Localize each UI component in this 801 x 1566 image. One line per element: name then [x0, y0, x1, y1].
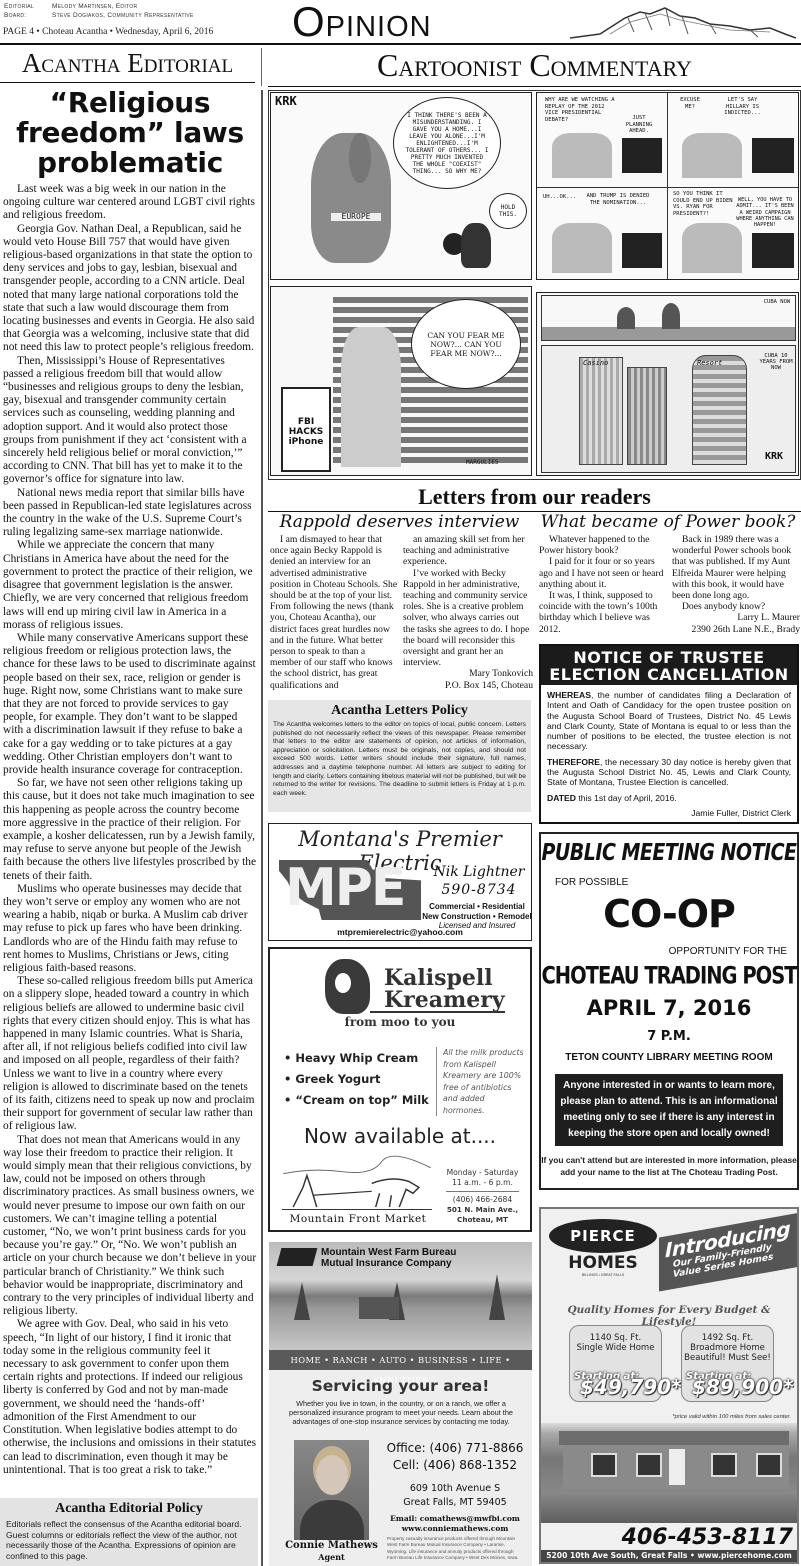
services-line: Commercial • Residential [421, 902, 533, 912]
panel-caption: JUST PLANNING AHEAD. [619, 115, 659, 135]
home-price: $89,900* [692, 1382, 794, 1392]
agent-figure [341, 327, 401, 467]
home-offer-card: 1492 Sq. Ft. Broadmore Home Beautiful! M… [681, 1325, 774, 1402]
home-size: 1140 Sq. Ft. [570, 1333, 661, 1343]
editorial-board-label: Editorial Board: [4, 2, 52, 20]
letter-paragraph: I am dismayed to hear that once again Be… [270, 534, 398, 691]
resort-building [692, 355, 747, 465]
couple-figures [552, 223, 612, 273]
speech-bubble: CAN YOU FEAR ME NOW?... CAN YOU FEAR ME … [411, 299, 521, 389]
company-name: Mountain West Farm BureauMutual Insuranc… [321, 1247, 456, 1269]
agent-website-link[interactable]: www.conniemathews.com [384, 1524, 526, 1534]
brand-underline [370, 1011, 505, 1013]
agent-contact: Email: comathews@mwfbi.com www.conniemat… [384, 1514, 526, 1534]
agent-title: Agent [284, 1552, 379, 1562]
panel-caption: AND TRUMP IS DENIED THE NOMINATION... [583, 193, 653, 206]
pierce-logo-homes: HOMES [563, 1253, 643, 1273]
notice-store: CHOTEAU TRADING POST [541, 961, 797, 990]
company-line: Mutual Insurance Company [321, 1258, 456, 1269]
home-price: $49,790* [580, 1382, 682, 1392]
paragraph-text: this 1st day of April, 2016. [576, 793, 677, 803]
tree-icon [489, 1274, 505, 1320]
cartoon-europe: KRK I THINK THERE'S BEEN A MISUNDERSTAND… [270, 92, 532, 280]
product-list: Heavy Whip Cream Greek Yogurt “Cream on … [284, 1048, 429, 1111]
editorial-paragraph: Georgia Gov. Nathan Deal, a Republican, … [3, 223, 257, 355]
cartoon-signature: MARGULIES [466, 459, 499, 467]
letter-paragraph: Whatever happened to the Power history b… [539, 534, 667, 556]
speech-bubble: I THINK THERE'S BEEN A MISUNDERSTANDING.… [393, 97, 501, 189]
casino-building [579, 357, 623, 465]
letter-paragraph: an amazing skill set from her teaching a… [403, 534, 533, 568]
ad-phone: 590-8734 [429, 882, 529, 898]
letter-title: What became of Power book? [537, 512, 799, 532]
editorial-head-rule [0, 82, 255, 83]
notice-time: 7 P.M. [541, 1029, 797, 1044]
lead-word: THEREFORE [547, 757, 600, 767]
home-photo [541, 1423, 797, 1523]
agent-email-link[interactable]: Email: comathews@mwfbi.com [384, 1514, 526, 1524]
letter-paragraph: I paid for it four or so years ago and I… [539, 556, 667, 590]
brand-line: Kreamery [378, 989, 505, 1011]
palm-tree-icon [662, 303, 680, 329]
cartoon-cuba: CUBA NOW Casino Resort CUBA 10 YEARS FRO… [536, 292, 799, 476]
cartoon-debate: WHY ARE WE WATCHING A REPLAY OF THE 2012… [536, 92, 799, 280]
ad-contact-name: Nik Lightner [429, 864, 529, 880]
lead-word: WHEREAS [547, 690, 591, 700]
editorial-policy-text: Editorials reflect the consensus of the … [6, 1519, 252, 1561]
casino-sign: Casino [583, 359, 608, 367]
ad-email-link[interactable]: mtpremierelectric@yahoo.com [269, 927, 531, 937]
masthead-rule [0, 43, 801, 45]
editorial-paragraph: National news media report that similar … [3, 487, 257, 540]
ad-kalispell-kreamery[interactable]: KalispellKreamery from moo to you Heavy … [268, 947, 532, 1232]
notice-coop: CO-OP [541, 892, 797, 936]
trustee-notice: NOTICE OF TRUSTEE ELECTION CANCELLATION … [539, 644, 799, 824]
tree-icon [294, 1282, 310, 1320]
product-item: Greek Yogurt [284, 1069, 429, 1090]
price-disclaimer: *price valid within 100 miles from sales… [672, 1414, 791, 1420]
editorial-policy-box: Acantha Editorial Policy Editorials refl… [0, 1498, 258, 1566]
board-member: Steve Dogiakos, Community Representative [52, 12, 194, 19]
letter-title: Rappold deserves interview [268, 512, 531, 532]
palm-tree-icon [617, 307, 635, 329]
services-line: New Construction • Remodel [421, 912, 533, 922]
speech-bubble: HOLD THIS. [489, 193, 527, 229]
panel-caption: EXCUSE ME? [675, 97, 705, 110]
cell-phone: Cell: (406) 868-1352 [384, 1457, 526, 1474]
couple-figures [682, 133, 742, 178]
terrorist-figure [461, 223, 491, 268]
iphone-sign: FBI HACKS iPhone [281, 387, 331, 472]
home-offer-card: 1140 Sq. Ft. Single Wide Home Starting a… [569, 1325, 662, 1402]
panel-caption: WHY ARE WE WATCHING A REPLAY OF THE 2012… [545, 97, 620, 123]
farm-bureau-logo-icon [277, 1248, 318, 1266]
tv-icon [752, 138, 794, 173]
europe-label: EUROPE [331, 213, 381, 221]
editorial-paragraph: While we appreciate the concern that man… [3, 539, 257, 631]
editorial-headline: “Religious freedom” laws problematic [2, 88, 258, 178]
europe-head [349, 133, 371, 183]
company-line: Mountain West Farm Bureau [321, 1247, 456, 1258]
notice-for-possible: FOR POSSIBLE [555, 877, 628, 888]
cartoon-head-rule [268, 86, 801, 87]
building [627, 367, 667, 465]
tv-icon [622, 138, 662, 173]
speech-text: HOLD THIS. [490, 204, 526, 218]
ad-farm-bureau[interactable]: Mountain West Farm BureauMutual Insuranc… [269, 1242, 532, 1566]
public-meeting-notice: PUBLIC MEETING NOTICE FOR POSSIBLE CO-OP… [539, 832, 799, 1190]
cuba-now-caption: CUBA NOW [762, 299, 792, 305]
editorial-body: Last week was a big week in our nation i… [3, 183, 257, 1477]
editorial-section-head: Acantha Editorial [0, 48, 255, 78]
notice-date: APRIL 7, 2016 [541, 996, 797, 1020]
horse-plow-illustration-icon [282, 1154, 432, 1210]
letter-column: Whatever happened to the Power history b… [539, 534, 667, 635]
brand-line: Kalispell [378, 967, 505, 989]
notice-title: PUBLIC MEETING NOTICE [541, 840, 797, 866]
board-member: Melody Martinsen, Editor [52, 3, 137, 10]
letter-column: an amazing skill set from her teaching a… [403, 534, 533, 691]
letter-paragraph: Back in 1989 there was a wonderful Power… [672, 534, 800, 601]
trustee-paragraph: DATED this 1st day of April, 2016. [547, 793, 791, 803]
editorial-paragraph: Last week was a big week in our nation i… [3, 183, 257, 223]
speech-text: CAN YOU FEAR ME NOW?... CAN YOU FEAR ME … [424, 331, 508, 358]
editorial-paragraph: That does not mean that Americans would … [3, 1134, 257, 1319]
pierce-locations: BILLINGS • GREAT FALLS [563, 1273, 643, 1277]
letters-section-head: Letters from our readers [268, 484, 801, 510]
agent-photo [294, 1440, 369, 1540]
trustee-notice-title: NOTICE OF TRUSTEE ELECTION CANCELLATION [541, 646, 797, 685]
cartoon-fbi: CAN YOU FEAR ME NOW?... CAN YOU FEAR ME … [270, 286, 532, 476]
letters-policy-text: The Acantha welcomes letters to the edit… [273, 721, 526, 798]
address-line: 609 10th Avenue S [384, 1482, 526, 1496]
agent-phones: Office: (406) 771-8866 Cell: (406) 868-1… [384, 1440, 526, 1474]
office-phone: Office: (406) 771-8866 [384, 1440, 526, 1457]
introducing-banner: Introducing Our Family-Friendly Value Se… [659, 1212, 799, 1291]
ad-brand: KalispellKreamery [378, 967, 505, 1011]
letter-address: 2390 26th Lane N.E., Brady [672, 624, 800, 635]
head-divider [261, 48, 262, 86]
panel-caption: LET'S SAY HILLARY IS INDICTED... [715, 97, 770, 117]
ad-headline: Servicing your area! [269, 1377, 532, 1395]
ad-address: 5200 10th Ave South, Great Falls • www.p… [541, 1550, 797, 1562]
store-address: Choteau, MT [440, 1215, 525, 1225]
hours-days: Monday - Saturday [440, 1168, 525, 1178]
tv-icon [752, 233, 794, 268]
mountain-illustration-icon [570, 4, 796, 40]
home-extra: Beautiful! Must See! [682, 1353, 773, 1363]
agent-name: Connie Mathews [284, 1540, 379, 1551]
letter-column: I am dismayed to hear that once again Be… [270, 534, 398, 691]
store-address: 501 N. Main Ave., [440, 1205, 525, 1215]
trustee-paragraph: THEREFORE, the necessary 30 day notice i… [547, 757, 791, 788]
market-name: Mountain Front Market [288, 1213, 428, 1225]
editorial-paragraph: These so-called religious freedom bills … [3, 975, 257, 1133]
panel-divider [537, 187, 799, 188]
home-name: Single Wide Home [570, 1343, 661, 1353]
cuba-future-caption: CUBA 10 YEARS FROM NOW [759, 353, 793, 371]
ad-montana-premier-electric[interactable]: Montana's Premier Electric MPE Nik Light… [268, 823, 532, 941]
couple-figures [682, 223, 742, 273]
editorial-paragraph: While many conservative Americans suppor… [3, 632, 257, 777]
ad-blurb: Whether you live in town, in the country… [281, 1399, 521, 1426]
store-hours: Monday - Saturday 11 a.m. - 6 p.m. (406)… [440, 1168, 525, 1225]
mpe-logo: MPE [285, 858, 404, 918]
section-title: Opinion [292, 2, 432, 42]
store-phone: (406) 466-2684 [440, 1195, 525, 1205]
cartoonist-section-head: Cartoonist Commentary [268, 48, 801, 82]
home-size: 1492 Sq. Ft. [682, 1333, 773, 1343]
letter-column: Back in 1989 there was a wonderful Power… [672, 534, 800, 635]
speech-text: I THINK THERE'S BEEN A MISUNDERSTANDING.… [404, 112, 490, 175]
notice-message: Anyone interested in or wants to learn m… [555, 1074, 783, 1146]
letters-policy-title: Acantha Letters Policy [273, 703, 526, 719]
cartoon-signature: KRK [765, 453, 783, 461]
ad-available: Now available at.... [270, 1124, 530, 1148]
address-line: Great Falls, MT 59405 [384, 1496, 526, 1510]
resort-sign: Resort [697, 359, 722, 367]
editorial-paragraph: Muslims who operate businesses may decid… [3, 883, 257, 975]
cartoon-signature: KRK [275, 97, 297, 105]
letter-author: Mary Tonkovich [403, 668, 533, 679]
ad-disclaimer: Property casualty insurance products off… [387, 1536, 522, 1562]
trustee-clerk: Jamie Fuller, District Clerk [547, 808, 791, 818]
couple-figures [552, 133, 612, 178]
ad-tagline: from moo to you [270, 1015, 530, 1029]
farm-landscape-photo: Mountain West Farm BureauMutual Insuranc… [269, 1242, 532, 1350]
pierce-logo: PIERCE [549, 1219, 657, 1253]
editorial-policy-title: Acantha Editorial Policy [6, 1501, 252, 1517]
tv-icon [622, 233, 662, 268]
product-item: “Cream on top” Milk [284, 1090, 429, 1111]
notice-footer: If you can't attend but are interested i… [541, 1154, 797, 1178]
editorial-paragraph: Then, Mississippi’s House of Representat… [3, 355, 257, 487]
editorial-paragraph: We agree with Gov. Deal, who said in his… [3, 1318, 257, 1476]
letter-paragraph: Does anybody know? [672, 601, 800, 612]
house-icon [359, 1297, 399, 1319]
insurance-lines-band: HOME • RANCH • AUTO • BUSINESS • LIFE • … [269, 1350, 532, 1370]
panel-caption: SO YOU THINK IT COULD END UP BIDEN VS. R… [673, 191, 735, 217]
product-item: Heavy Whip Cream [284, 1048, 429, 1069]
section-title-text: Opinion [292, 0, 432, 45]
dateline: PAGE 4 • Choteau Acantha • Wednesday, Ap… [3, 27, 213, 37]
column-divider [261, 90, 263, 1566]
letter-paragraph: I’ve worked with Becky Rappold in her ad… [403, 568, 533, 669]
letters-policy-box: Acantha Letters Policy The Acantha welco… [268, 700, 531, 812]
letter-address: P.O. Box 145, Choteau [403, 680, 533, 691]
lead-word: DATED [547, 793, 576, 803]
letter-author: Larry L. Maurer [672, 612, 800, 623]
editorial-board: Editorial Board:Melody Martinsen, Editor… [4, 2, 194, 20]
agent-address: 609 10th Avenue S Great Falls, MT 59405 [384, 1482, 526, 1510]
ad-pierce-homes[interactable]: Introducing Our Family-Friendly Value Se… [539, 1207, 799, 1564]
notice-location: TETON COUNTY LIBRARY MEETING ROOM [541, 1052, 797, 1063]
home-name: Broadmore Home [682, 1343, 773, 1353]
ad-note: All the milk products from Kalispell Kre… [436, 1047, 526, 1116]
notice-opportunity: OPPORTUNITY FOR THE [669, 946, 787, 957]
panel-caption: UH...OK... [543, 193, 573, 201]
ad-phone[interactable]: 406-453-8117 [541, 1525, 793, 1550]
cow-logo-icon [325, 959, 370, 1014]
editorial-paragraph: So far, we have not seen other religions… [3, 777, 257, 883]
trustee-paragraph: WHEREAS, the number of candidates filing… [547, 690, 791, 752]
letter-paragraph: It was, I think, supposed to coincide wi… [539, 590, 667, 635]
hours-time: 11 a.m. - 6 p.m. [440, 1178, 525, 1188]
panel-caption: WELL, YOU HAVE TO ADMIT... IT'S BEEN A W… [735, 197, 795, 228]
